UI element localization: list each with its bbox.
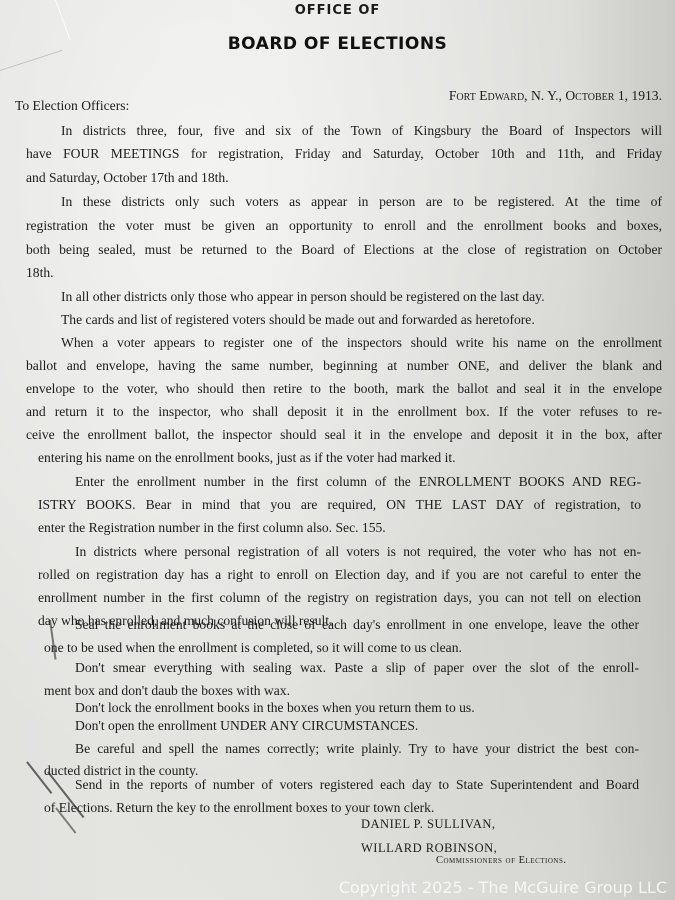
body-line: Send in the reports of number of voters … — [75, 777, 639, 795]
body-line: ISTRY BOOKS. Bear in mind that you are r… — [38, 497, 641, 515]
body-line: 18th. — [26, 265, 54, 281]
body-line: Enter the enrollment number in the first… — [75, 474, 641, 492]
body-line: rolled on registration day has a right t… — [38, 567, 641, 585]
signature-title: Commissioners of Elections. — [436, 855, 566, 866]
body-line: have FOUR MEETINGS for registration, Fri… — [26, 146, 662, 164]
body-line: both being sealed, must be returned to t… — [26, 242, 662, 260]
body-line: and return it to the inspector, who shal… — [26, 404, 662, 422]
body-line: ballot and envelope, having the same num… — [26, 358, 662, 376]
signature-2: WILLARD ROBINSON, — [361, 841, 497, 856]
body-line: The cards and list of registered voters … — [61, 312, 535, 328]
signature-1: DANIEL P. SULLIVAN, — [361, 817, 496, 832]
body-line: of Elections. Return the key to the enro… — [44, 800, 434, 816]
body-line: envelope to the voter, who should then r… — [26, 381, 662, 399]
body-line: Don't open the enrollment UNDER ANY CIRC… — [75, 718, 418, 734]
body-line: Be careful and spell the names correctly… — [75, 741, 639, 759]
greeting: To Election Officers: — [15, 98, 129, 114]
body-line: registration the voter must be given an … — [26, 218, 662, 236]
body-line: and Saturday, October 17th and 18th. — [26, 170, 229, 186]
body-line: one to be used when the enrollment is co… — [44, 640, 462, 656]
body-line: Seal the enrollment books at the close o… — [75, 617, 639, 635]
body-line: enrollment number in the first column of… — [38, 590, 641, 608]
body-line: In all other districts only those who ap… — [61, 289, 544, 305]
copyright-watermark: Copyright 2025 - The McGuire Group LLC — [339, 878, 667, 897]
body-line: When a voter appears to register one of … — [61, 335, 662, 353]
body-line: enter the Registration number in the fir… — [38, 520, 386, 536]
header-title: BOARD OF ELECTIONS — [0, 34, 675, 54]
dateline: Fort Edward, N. Y., October 1, 1913. — [449, 88, 662, 104]
body-line: In districts where personal registration… — [75, 544, 641, 562]
header-office-of: OFFICE OF — [0, 3, 675, 18]
body-line: ment box and don't daub the boxes with w… — [44, 683, 290, 699]
body-line: In these districts only such voters as a… — [61, 194, 662, 212]
body-line: entering his name on the enrollment book… — [38, 450, 456, 466]
document-paper: OFFICE OF BOARD OF ELECTIONS Fort Edward… — [0, 0, 675, 900]
body-line: ceive the enrollment ballot, the inspect… — [26, 427, 662, 445]
body-line: Don't smear everything with sealing wax.… — [75, 660, 639, 678]
body-line: Don't lock the enrollment books in the b… — [75, 700, 475, 716]
body-line: In districts three, four, five and six o… — [61, 123, 662, 141]
